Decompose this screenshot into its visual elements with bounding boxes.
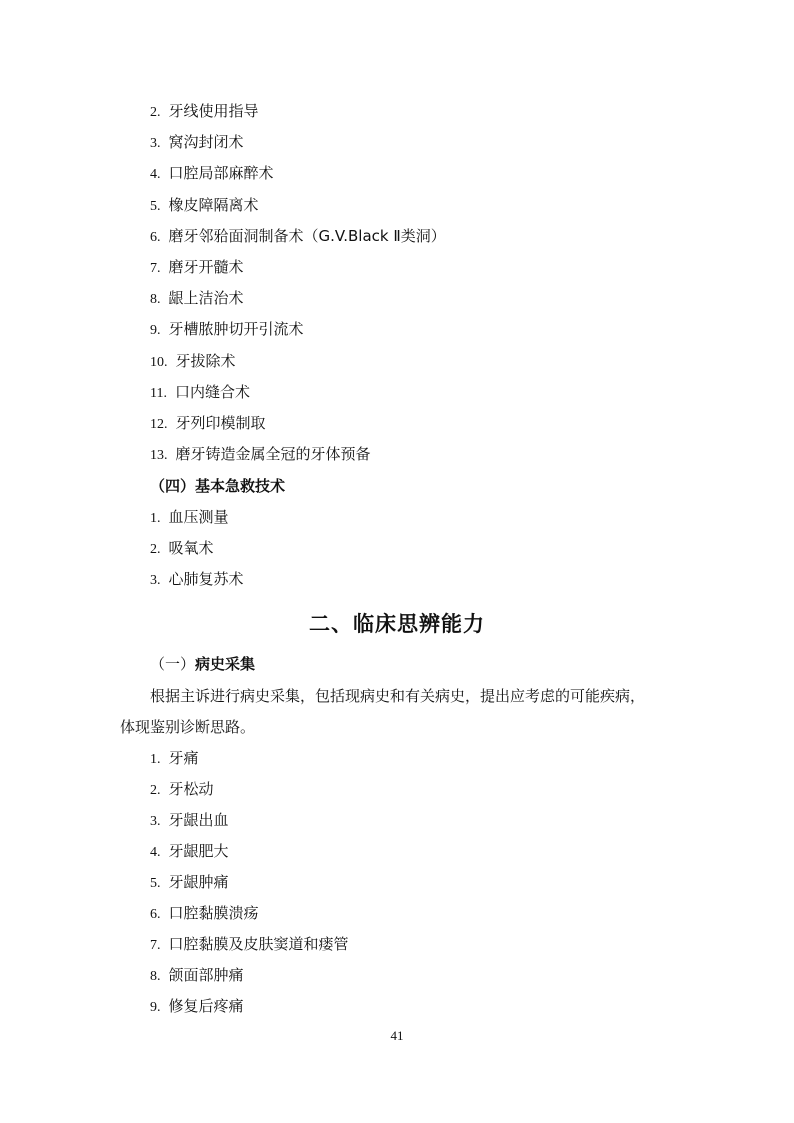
item-text: 橡皮障隔离术 [169,196,259,214]
item-number: 5. [150,197,161,217]
heading-prefix: （一） [150,655,195,673]
item-number: 8. [150,967,161,987]
item-text: 口腔局部麻醉术 [169,164,274,182]
item-text: 口内缝合术 [175,383,250,401]
item-number: 7. [150,936,161,956]
list-item: 6.磨牙邻𬌗面洞制备术（G.V.Black Ⅱ类洞） [150,226,446,248]
heading-text: 病史采集 [195,655,255,673]
item-number: 10. [150,353,168,373]
item-number: 5. [150,874,161,894]
item-number: 4. [150,165,161,185]
item-number: 3. [150,571,161,591]
list-item: 2.牙松动 [150,779,214,801]
list-item: 6.口腔黏膜溃疡 [150,903,259,925]
item-text: 牙拔除术 [176,352,236,370]
list-item: 7.磨牙开髓术 [150,257,244,279]
list-item: 8.颌面部肿痛 [150,965,244,987]
list-item: 13.磨牙铸造金属全冠的牙体预备 [150,444,371,466]
list-item: 9.牙槽脓肿切开引流术 [150,319,304,341]
item-text: 牙龈肿痛 [169,873,229,891]
item-text: 牙痛 [169,749,199,767]
list-item: 1.血压测量 [150,507,229,529]
item-text: 血压测量 [169,508,229,526]
paragraph-line-2: 体现鉴别诊断思路。 [120,717,255,737]
item-text: 牙龈出血 [169,811,229,829]
list-item: 4.口腔局部麻醉术 [150,163,274,185]
item-number: 7. [150,259,161,279]
item-number: 2. [150,540,161,560]
item-text: 口腔黏膜及皮肤窦道和瘘管 [169,935,349,953]
list-item: 1.牙痛 [150,748,199,770]
item-number: 8. [150,290,161,310]
item-number: 9. [150,321,161,341]
subsection-heading: （一）病史采集 [150,654,255,674]
item-text: 窝沟封闭术 [169,133,244,151]
item-number: 4. [150,843,161,863]
item-number: 13. [150,446,168,466]
list-item: 5.牙龈肿痛 [150,872,229,894]
item-number: 2. [150,781,161,801]
item-text: 磨牙开髓术 [169,258,244,276]
list-item: 12.牙列印模制取 [150,413,266,435]
item-text: 颌面部肿痛 [169,966,244,984]
item-text: 牙松动 [169,780,214,798]
list-item: 10.牙拔除术 [150,351,236,373]
item-number: 11. [150,384,167,404]
list-item: 8.龈上洁治术 [150,288,244,310]
item-number: 6. [150,905,161,925]
item-number: 3. [150,812,161,832]
item-text: 牙槽脓肿切开引流术 [169,320,304,338]
item-number: 6. [150,228,161,248]
item-text: 口腔黏膜溃疡 [169,904,259,922]
item-text: 牙线使用指导 [169,102,259,120]
item-number: 2. [150,103,161,123]
item-text: 牙列印模制取 [176,414,266,432]
list-item: 9.修复后疼痛 [150,996,244,1018]
item-text: 龈上洁治术 [169,289,244,307]
item-text: 牙龈肥大 [169,842,229,860]
item-number: 3. [150,134,161,154]
section-heading: （四）基本急救技术 [150,476,285,496]
item-number: 1. [150,509,161,529]
list-item: 3.窝沟封闭术 [150,132,244,154]
list-item: 11.口内缝合术 [150,382,250,404]
list-item: 2.吸氧术 [150,538,214,560]
item-text: 吸氧术 [169,539,214,557]
list-item: 5.橡皮障隔离术 [150,195,259,217]
list-item: 3.心肺复苏术 [150,569,244,591]
item-number: 9. [150,998,161,1018]
page-number: 41 [0,1028,794,1044]
item-text: 修复后疼痛 [169,997,244,1015]
paragraph-line-1: 根据主诉进行病史采集，包括现病史和有关病史，提出应考虑的可能疾病， [150,686,645,706]
list-item: 3.牙龈出血 [150,810,229,832]
item-text: 磨牙铸造金属全冠的牙体预备 [176,445,371,463]
item-text: 心肺复苏术 [169,570,244,588]
item-number: 12. [150,415,168,435]
list-item: 4.牙龈肥大 [150,841,229,863]
chapter-title: 二、临床思辨能力 [0,608,794,638]
item-text: 磨牙邻𬌗面洞制备术（G.V.Black Ⅱ类洞） [169,227,446,245]
list-item: 2.牙线使用指导 [150,101,259,123]
item-number: 1. [150,750,161,770]
list-item: 7.口腔黏膜及皮肤窦道和瘘管 [150,934,349,956]
